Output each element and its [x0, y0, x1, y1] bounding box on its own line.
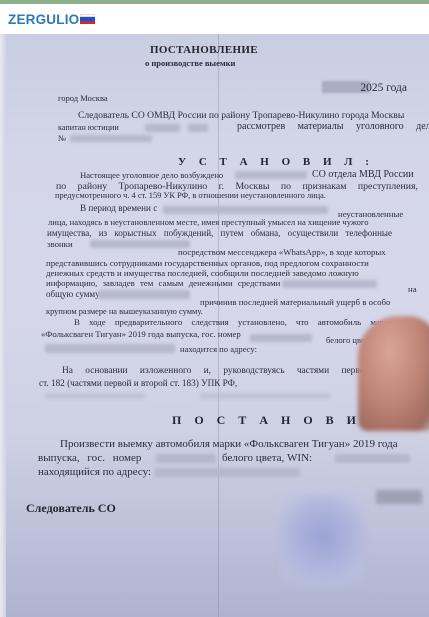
- redacted-field: [235, 171, 307, 179]
- redacted-stamp: [280, 494, 365, 589]
- body-line: В период времени с: [80, 203, 157, 213]
- russia-flag-icon: [80, 14, 95, 25]
- body-line: денежных средств и имущества последней, …: [46, 268, 359, 278]
- finger-holding-paper: [358, 316, 429, 431]
- resolution-line-2a: выпуска, гос. номер: [38, 452, 141, 464]
- redacted-name: [188, 124, 208, 132]
- resolution-line-3: находящийся по адресу:: [38, 466, 151, 478]
- section-heading-ustanovil: У С Т А Н О В И Л :: [178, 156, 374, 168]
- body-line: представившись сотрудниками государствен…: [46, 258, 369, 268]
- body-line: Настоящее уголовное дело возбуждено: [80, 170, 223, 180]
- body-line: находится по адресу:: [180, 344, 257, 354]
- redacted-signature: [376, 490, 422, 504]
- redacted-field: [282, 280, 377, 288]
- intro-line-2b: рассмотрев материалы уголовного дела: [237, 121, 429, 132]
- body-line: В ходе предварительного следствия устано…: [74, 317, 393, 327]
- body-line: На основании изложенного и, руководствуя…: [62, 366, 369, 376]
- body-line: имущества, из корыстных побуждений, путе…: [47, 228, 392, 238]
- body-line: «Фольксваген Тигуан» 2019 года выпуска, …: [41, 329, 241, 339]
- signature-label: Следователь СО: [26, 501, 116, 516]
- body-line: лица, находясь в неустановленном месте, …: [48, 217, 369, 227]
- city-label: город Москва: [58, 93, 108, 103]
- redacted-name: [145, 124, 180, 132]
- intro-line-1: Следователь СО ОМВД России по району Тро…: [78, 110, 404, 121]
- body-line: предусмотренного ч. 4 ст. 159 УК РФ, в о…: [55, 191, 326, 200]
- redacted-field: [200, 393, 330, 399]
- resolution-line-2b: белого цвета, WIN:: [222, 452, 312, 464]
- channel-name[interactable]: ZERGULIO: [8, 12, 95, 27]
- body-line-tail: СО отдела МВД России: [312, 169, 414, 180]
- redacted-case-number: [70, 135, 152, 142]
- redacted-plate: [250, 334, 312, 342]
- document-date: 2025 года: [360, 82, 407, 94]
- redacted-field: [90, 240, 190, 248]
- body-line: звонки: [47, 239, 73, 249]
- document-photo[interactable]: ПОСТАНОВЛЕНИЕ о производстве выемки горо…: [0, 34, 429, 617]
- body-line: ст. 182 (частями первой и второй ст. 183…: [39, 378, 237, 388]
- redacted-address: [155, 468, 300, 477]
- document-subtitle: о производстве выемки: [145, 58, 235, 68]
- body-line-tail: на: [408, 284, 417, 294]
- case-number-label: №: [58, 133, 66, 143]
- post-header: ZERGULIO: [0, 4, 429, 34]
- redacted-amount: [98, 290, 190, 299]
- redacted-field: [163, 206, 328, 214]
- body-line-tail: причинив последней материальный ущерб в …: [200, 297, 390, 307]
- body-line: общую сумму: [46, 289, 100, 299]
- document-title: ПОСТАНОВЛЕНИЕ: [150, 44, 258, 56]
- resolution-line-1: Произвести выемку автомобиля марки «Фоль…: [60, 438, 398, 450]
- intro-line-2a: капитан юстиции: [58, 123, 119, 132]
- body-line: информацию, завладев тем самым денежными…: [46, 278, 280, 288]
- redacted-field: [45, 393, 145, 399]
- document-page: ПОСТАНОВЛЕНИЕ о производстве выемки горо…: [0, 34, 429, 617]
- body-line: посредством мессенджера «WhatsApp», в хо…: [178, 247, 386, 257]
- redacted-vin: [335, 454, 410, 463]
- body-line: крупном размере на вышеуказанную сумму.: [46, 307, 203, 316]
- redacted-field: [45, 344, 175, 353]
- redacted-plate: [156, 454, 216, 463]
